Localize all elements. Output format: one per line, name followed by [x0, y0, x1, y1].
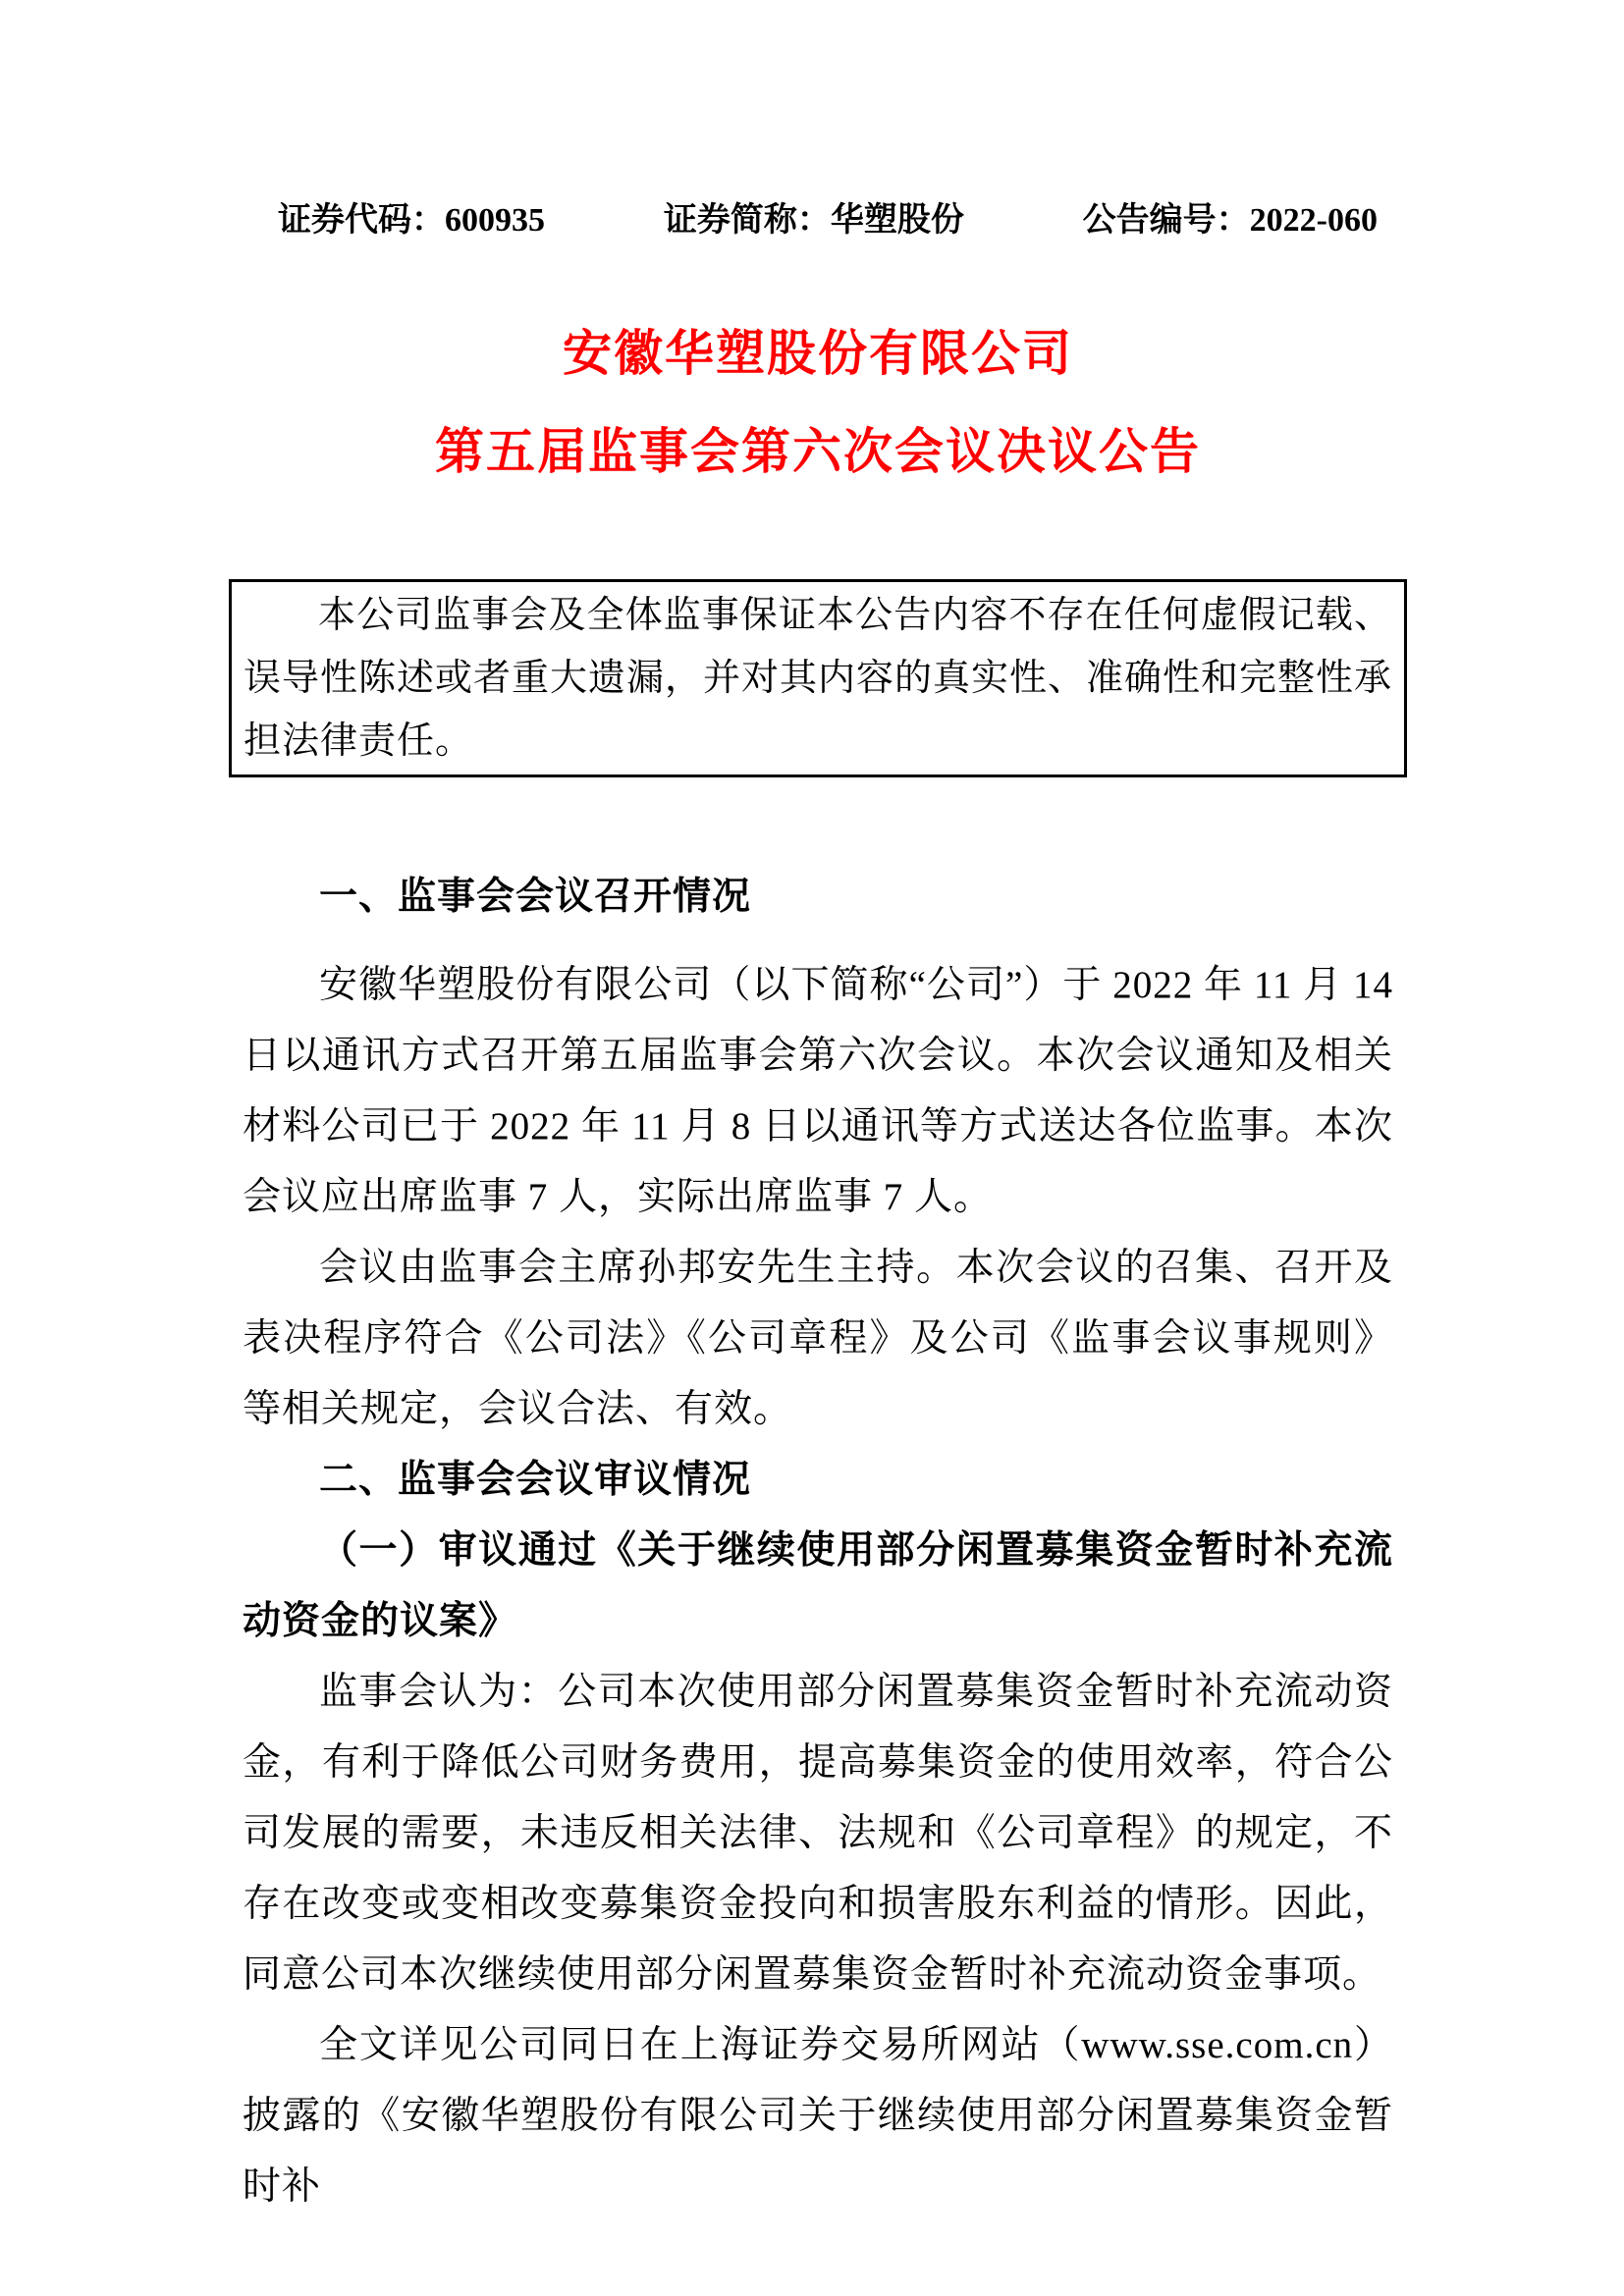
disclaimer-box: 本公司监事会及全体监事保证本公告内容不存在任何虚假记载、误导性陈述或者重大遗漏，… — [229, 579, 1407, 777]
securities-info-line: 证券代码：600935 证券简称：华塑股份 公告编号：2022-060 — [243, 199, 1393, 242]
section-1-heading: 一、监事会会议召开情况 — [243, 862, 1393, 933]
announcement-number: 公告编号：2022-060 — [1083, 199, 1378, 242]
paragraph-disclosure-reference: 全文详见公司同日在上海证券交易所网站（www.sse.com.cn）披露的《安徽… — [243, 2010, 1393, 2222]
document-body: 一、监事会会议召开情况 安徽华塑股份有限公司（以下简称“公司”）于 2022 年… — [243, 862, 1393, 2222]
stock-code: 证券代码：600935 — [278, 199, 545, 242]
stock-short-name: 证券简称：华塑股份 — [664, 199, 964, 242]
document-title: 安徽华塑股份有限公司 第五届监事会第六次会议决议公告 — [243, 304, 1393, 501]
paragraph-meeting-convening: 安徽华塑股份有限公司（以下简称“公司”）于 2022 年 11 月 14 日以通… — [243, 950, 1393, 1233]
resolution-item-1-heading: （一）审议通过《关于继续使用部分闲置募集资金暂时补充流动资金的议案》 — [243, 1516, 1393, 1657]
company-name-title-line: 安徽华塑股份有限公司 — [243, 304, 1393, 402]
section-2-heading: 二、监事会会议审议情况 — [243, 1445, 1393, 1516]
disclaimer-text: 本公司监事会及全体监事保证本公告内容不存在任何虚假记载、误导性陈述或者重大遗漏，… — [244, 595, 1392, 762]
announcement-page: 证券代码：600935 证券简称：华塑股份 公告编号：2022-060 安徽华塑… — [0, 0, 1624, 2296]
meeting-resolution-title-line: 第五届监事会第六次会议决议公告 — [243, 402, 1393, 501]
paragraph-board-opinion: 监事会认为：公司本次使用部分闲置募集资金暂时补充流动资金，有利于降低公司财务费用… — [243, 1657, 1393, 2010]
paragraph-meeting-legality: 会议由监事会主席孙邦安先生主持。本次会议的召集、召开及表决程序符合《公司法》《公… — [243, 1233, 1393, 1445]
